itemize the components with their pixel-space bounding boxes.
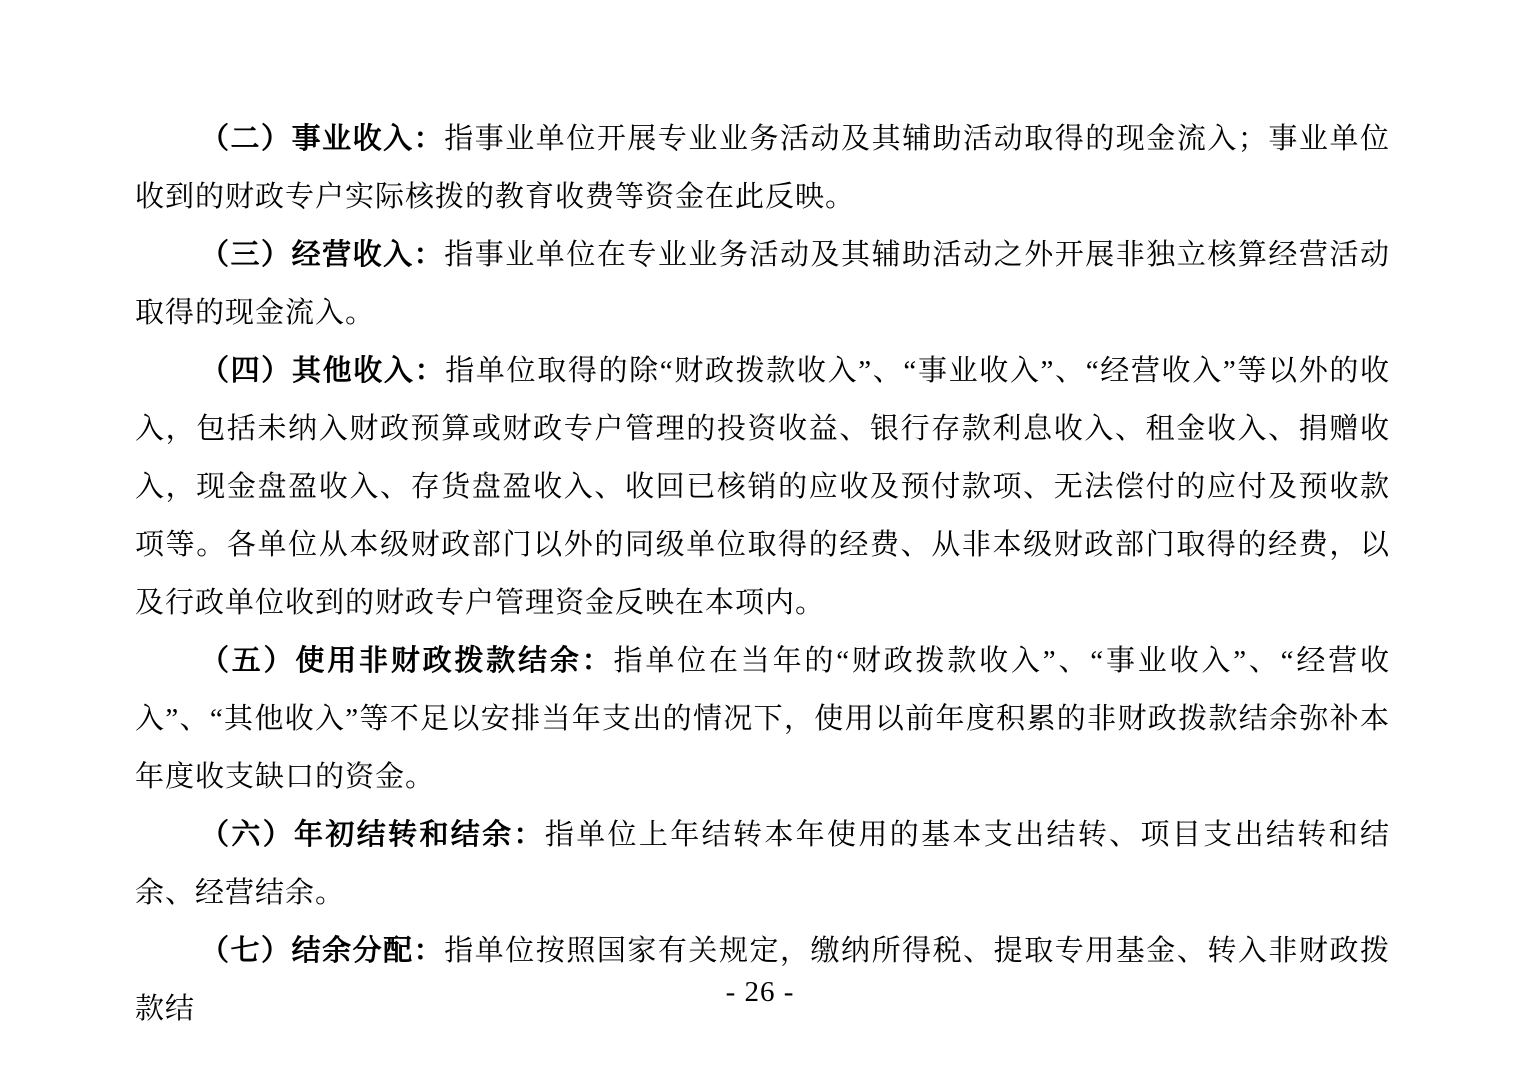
- paragraph-label: （二）事业收入：: [200, 123, 444, 155]
- paragraph: （二）事业收入：指事业单位开展专业业务活动及其辅助活动取得的现金流入；事业单位收…: [135, 110, 1390, 226]
- paragraph-text: 指单位取得的除“财政拨款收入”、“事业收入”、“经营收入”等以外的收入，包括未纳…: [135, 355, 1390, 619]
- paragraph-label: （四）其他收入：: [200, 355, 445, 387]
- paragraph-label: （三）经营收入：: [200, 239, 444, 271]
- paragraph: （四）其他收入：指单位取得的除“财政拨款收入”、“事业收入”、“经营收入”等以外…: [135, 342, 1390, 632]
- page-number: - 26 -: [0, 972, 1520, 1012]
- document-page: （二）事业收入：指事业单位开展专业业务活动及其辅助活动取得的现金流入；事业单位收…: [0, 0, 1520, 1074]
- document-body: （二）事业收入：指事业单位开展专业业务活动及其辅助活动取得的现金流入；事业单位收…: [135, 110, 1390, 1038]
- paragraph-label: （五）使用非财政拨款结余：: [200, 645, 614, 677]
- paragraph: （五）使用非财政拨款结余：指单位在当年的“财政拨款收入”、“事业收入”、“经营收…: [135, 632, 1390, 806]
- paragraph-label: （七）结余分配：: [200, 935, 444, 967]
- paragraph-label: （六）年初结转和结余：: [200, 819, 545, 851]
- paragraph: （三）经营收入：指事业单位在专业业务活动及其辅助活动之外开展非独立核算经营活动取…: [135, 226, 1390, 342]
- paragraph: （六）年初结转和结余：指单位上年结转本年使用的基本支出结转、项目支出结转和结余、…: [135, 806, 1390, 922]
